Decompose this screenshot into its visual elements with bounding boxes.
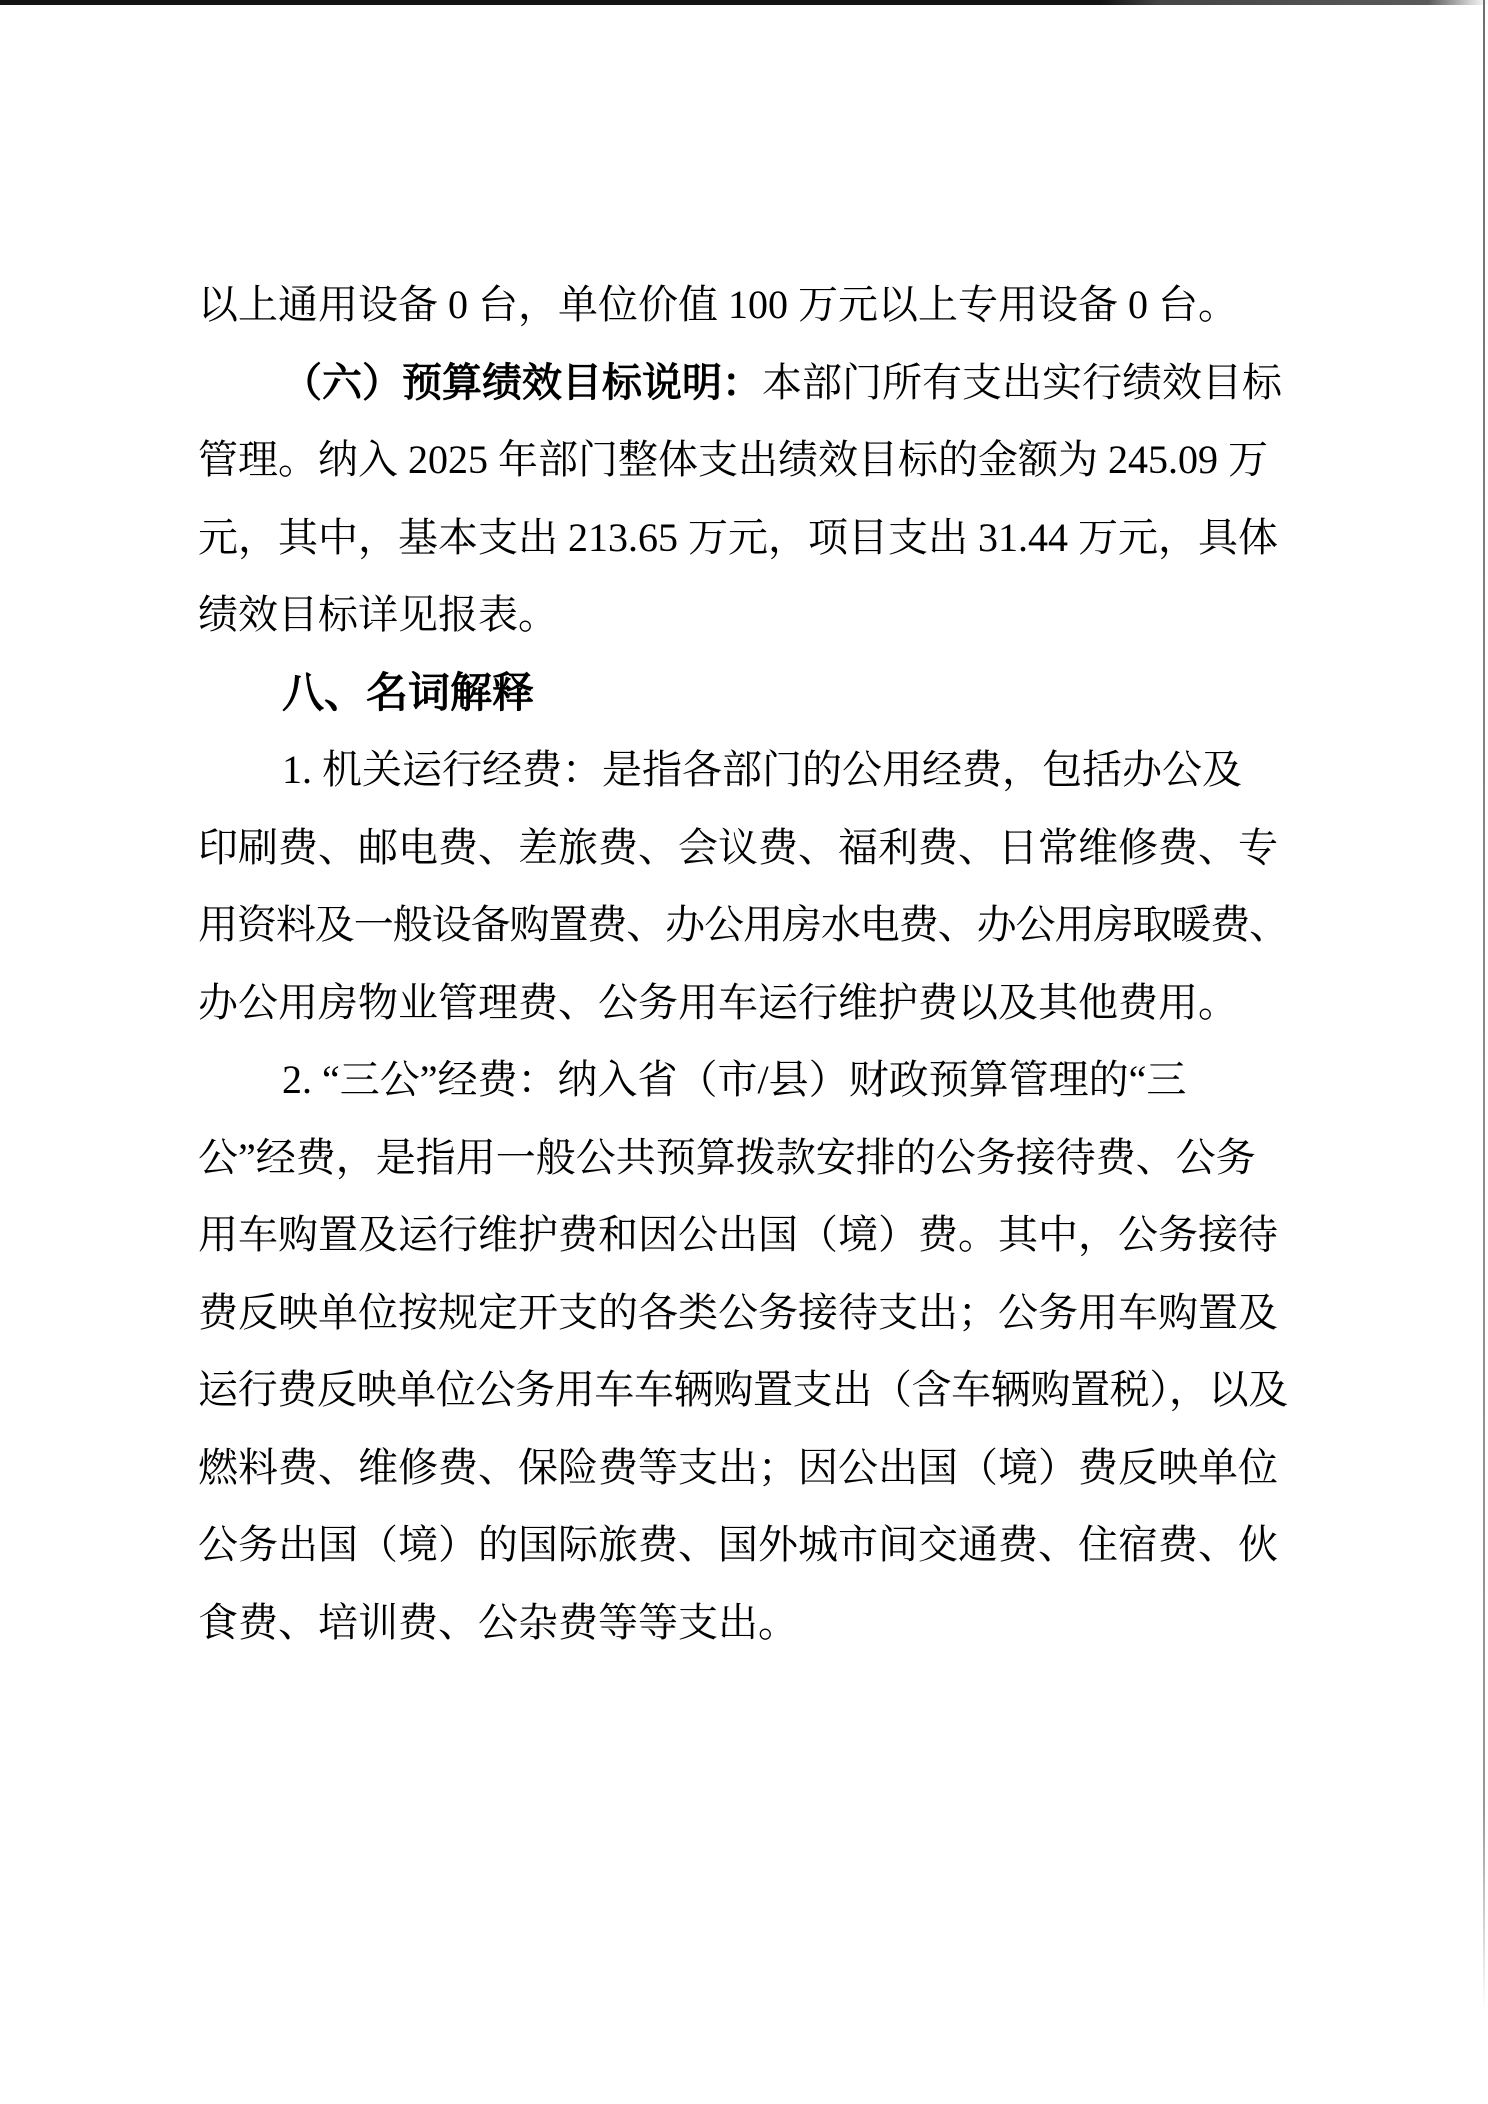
line-text: 管理。纳入 2025 年部门整体支出绩效目标的金额为 245.09 万 — [198, 437, 1268, 482]
line-text: 绩效目标详见报表。 — [198, 592, 558, 637]
bold-lead-text: （六）预算绩效目标说明： — [282, 361, 762, 405]
document-line: 2. “三公”经费：纳入省（市/县）财政预算管理的“三 — [198, 1041, 1288, 1119]
document-body: 以上通用设备 0 台，单位价值 100 万元以上专用设备 0 台。（六）预算绩效… — [198, 266, 1288, 1661]
document-line: 管理。纳入 2025 年部门整体支出绩效目标的金额为 245.09 万 — [198, 421, 1288, 499]
document-line: 元，其中，基本支出 213.65 万元，项目支出 31.44 万元，具体 — [198, 499, 1288, 577]
document-line: 公”经费，是指用一般公共预算拨款安排的公务接待费、公务 — [198, 1119, 1288, 1197]
line-text: 用车购置及运行维护费和因公出国（境）费。其中，公务接待 — [198, 1212, 1278, 1257]
document-line: 以上通用设备 0 台，单位价值 100 万元以上专用设备 0 台。 — [198, 266, 1288, 344]
document-line: 燃料费、维修费、保险费等支出；因公出国（境）费反映单位 — [198, 1429, 1288, 1507]
line-text: 本部门所有支出实行绩效目标 — [762, 360, 1282, 405]
page-top-edge — [0, 0, 1488, 5]
document-line: 印刷费、邮电费、差旅费、会议费、福利费、日常维修费、专 — [198, 809, 1288, 887]
document-line: 用车购置及运行维护费和因公出国（境）费。其中，公务接待 — [198, 1196, 1288, 1274]
document-line: 运行费反映单位公务用车车辆购置支出（含车辆购置税），以及 — [198, 1351, 1288, 1429]
paragraph-indent — [198, 395, 282, 396]
document-line: 绩效目标详见报表。 — [198, 576, 1288, 654]
line-text: 1. 机关运行经费：是指各部门的公用经费，包括办公及 — [282, 747, 1242, 792]
document-line: 食费、培训费、公杂费等等支出。 — [198, 1584, 1288, 1662]
line-text: 印刷费、邮电费、差旅费、会议费、福利费、日常维修费、专 — [198, 825, 1278, 870]
paragraph-indent — [198, 782, 282, 783]
line-text: 公”经费，是指用一般公共预算拨款安排的公务接待费、公务 — [198, 1135, 1256, 1180]
line-text: 燃料费、维修费、保险费等支出；因公出国（境）费反映单位 — [198, 1445, 1278, 1490]
document-line: 费反映单位按规定开支的各类公务接待支出；公务用车购置及 — [198, 1274, 1288, 1352]
line-text: 运行费反映单位公务用车车辆购置支出（含车辆购置税），以及 — [198, 1367, 1288, 1412]
paragraph-indent — [198, 1092, 282, 1093]
document-line: 1. 机关运行经费：是指各部门的公用经费，包括办公及 — [198, 731, 1288, 809]
paragraph-indent — [198, 706, 282, 707]
page-right-scan-line — [1483, 0, 1485, 2010]
line-text: 以上通用设备 0 台，单位价值 100 万元以上专用设备 0 台。 — [198, 282, 1238, 327]
document-line: 用资料及一般设备购置费、办公用房水电费、办公用房取暖费、 — [198, 886, 1288, 964]
line-text: 费反映单位按规定开支的各类公务接待支出；公务用车购置及 — [198, 1290, 1278, 1335]
line-text: 元，其中，基本支出 213.65 万元，项目支出 31.44 万元，具体 — [198, 515, 1278, 560]
document-line: （六）预算绩效目标说明：本部门所有支出实行绩效目标 — [198, 344, 1288, 422]
line-text: 用资料及一般设备购置费、办公用房水电费、办公用房取暖费、 — [198, 902, 1288, 947]
line-text: 八、名词解释 — [282, 669, 534, 716]
line-text: 办公用房物业管理费、公务用车运行维护费以及其他费用。 — [198, 980, 1238, 1025]
document-line: 办公用房物业管理费、公务用车运行维护费以及其他费用。 — [198, 964, 1288, 1042]
line-text: 2. “三公”经费：纳入省（市/县）财政预算管理的“三 — [282, 1057, 1186, 1102]
document-page: 以上通用设备 0 台，单位价值 100 万元以上专用设备 0 台。（六）预算绩效… — [0, 0, 1488, 2104]
section-heading: 八、名词解释 — [198, 654, 1288, 732]
line-text: 公务出国（境）的国际旅费、国外城市间交通费、住宿费、伙 — [198, 1522, 1278, 1567]
document-line: 公务出国（境）的国际旅费、国外城市间交通费、住宿费、伙 — [198, 1506, 1288, 1584]
line-text: 食费、培训费、公杂费等等支出。 — [198, 1600, 798, 1645]
